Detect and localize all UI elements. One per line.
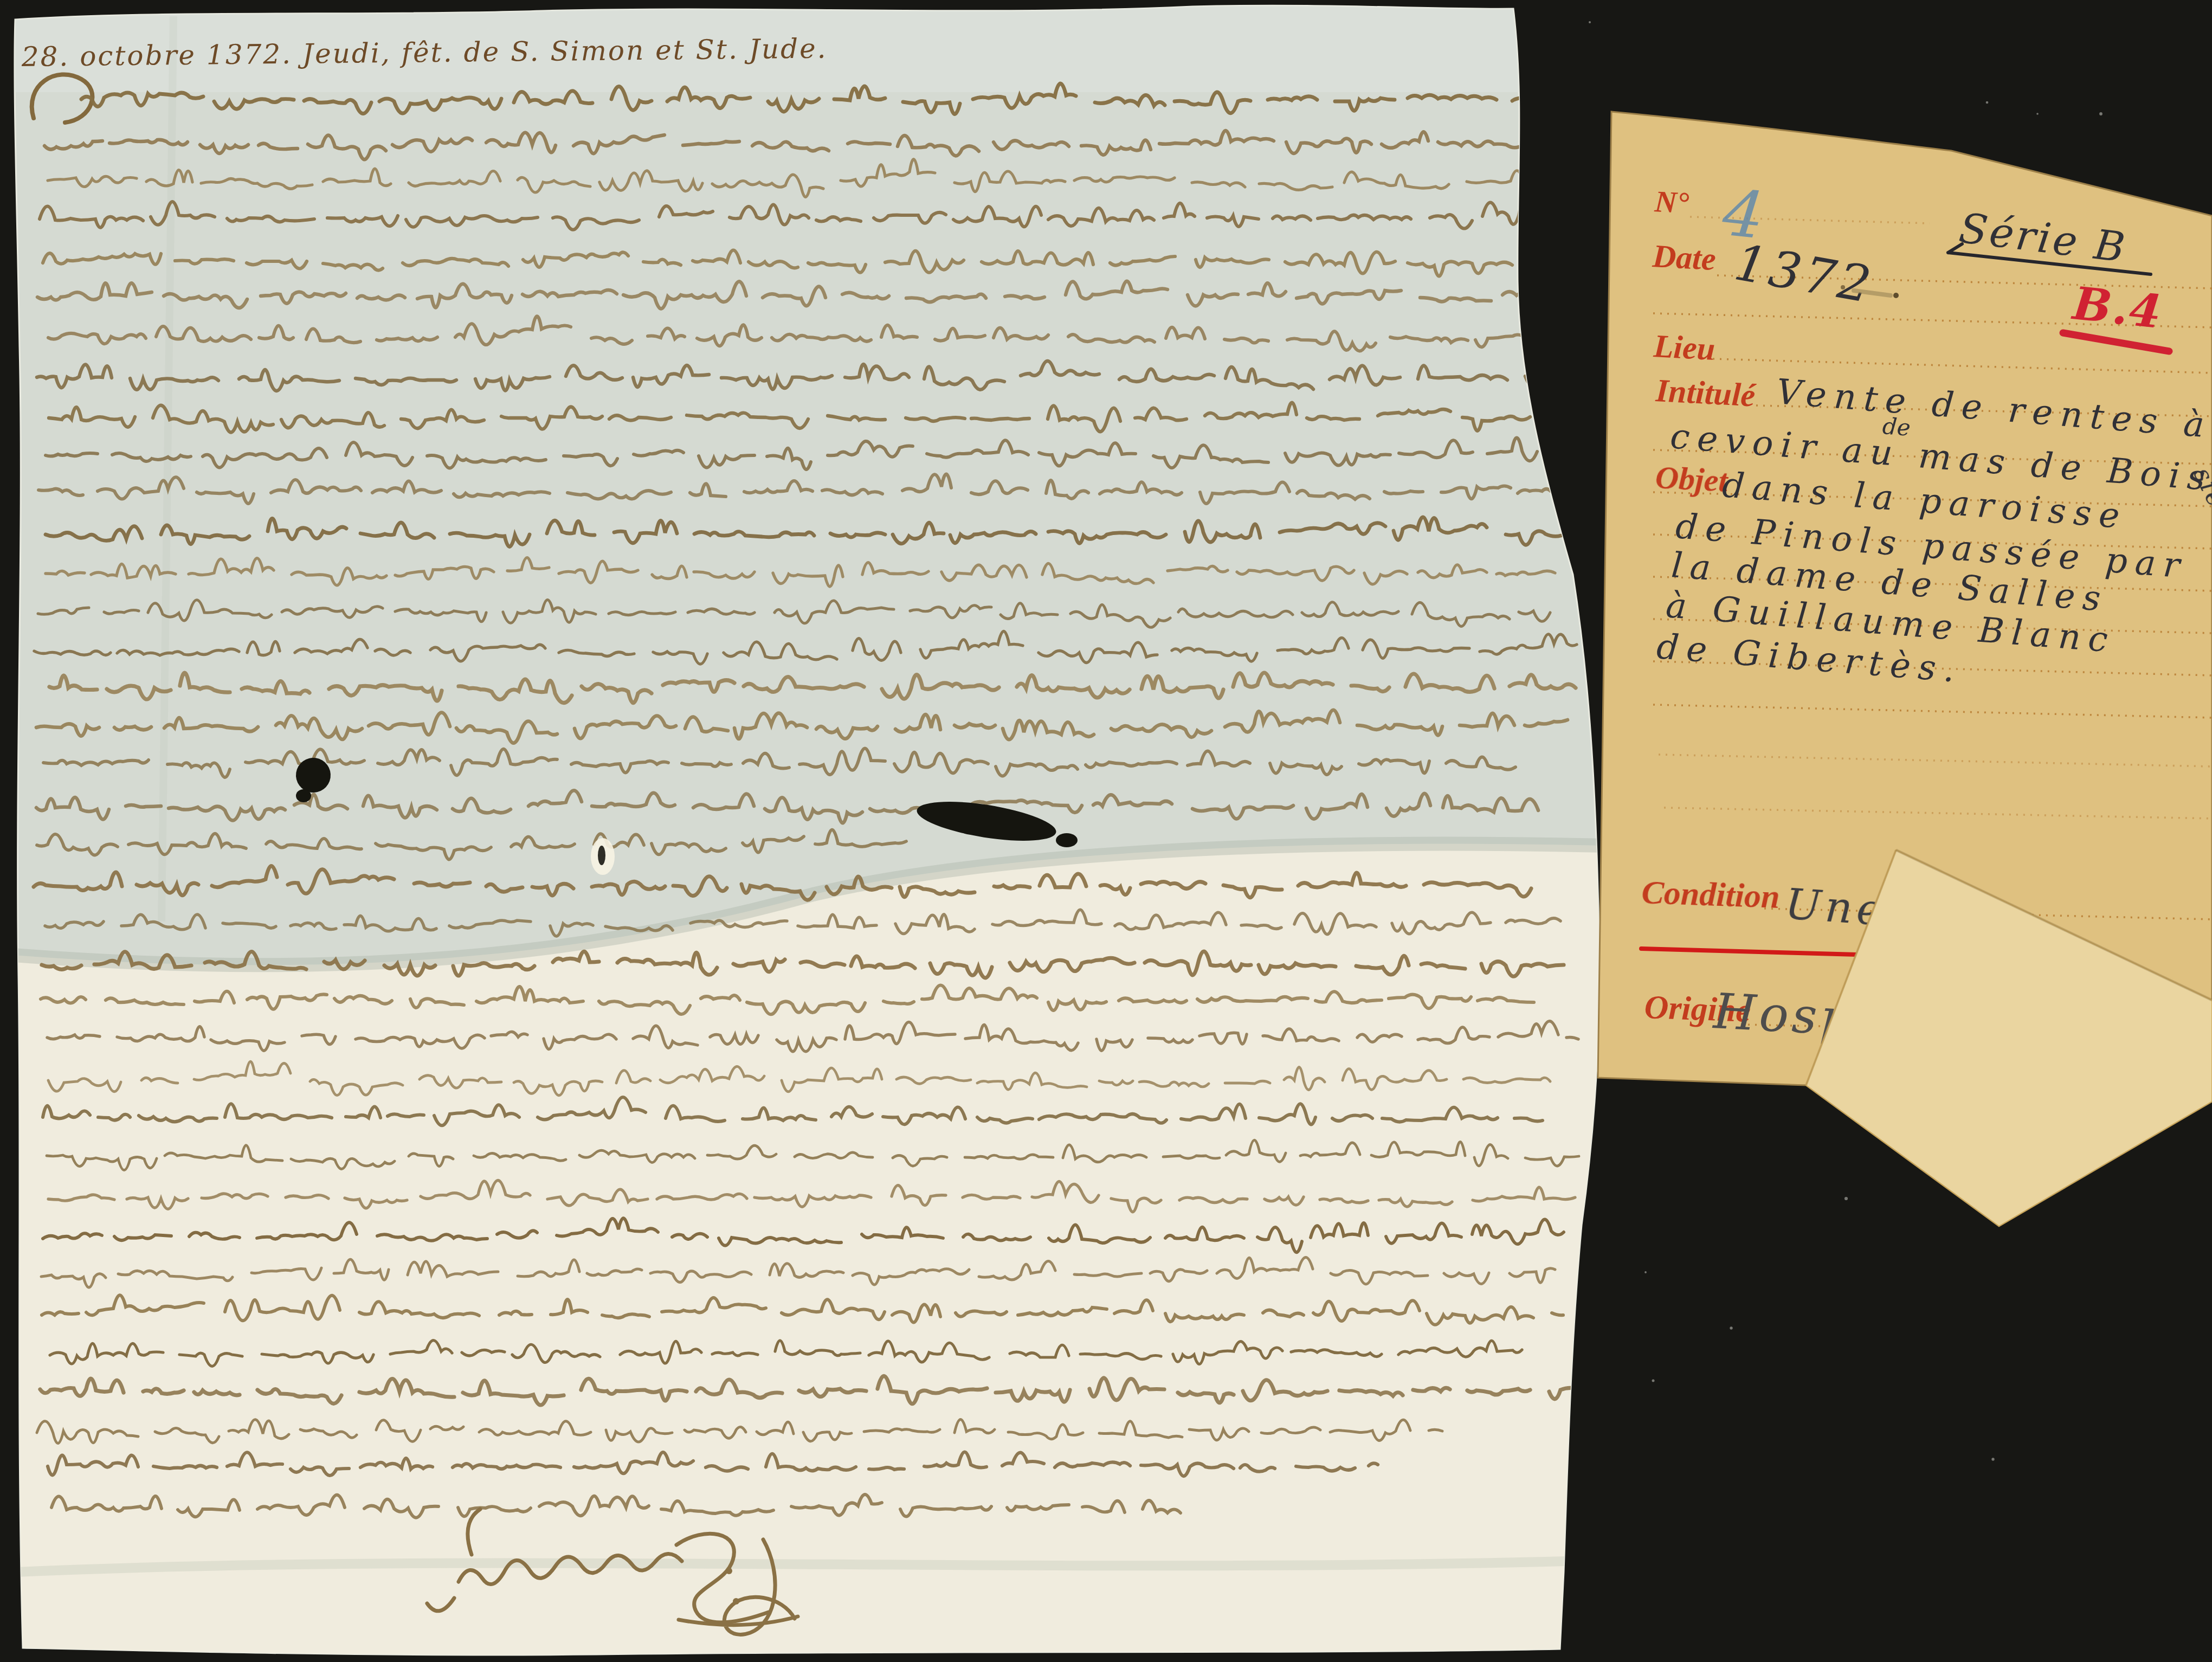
tear-slit: [598, 846, 605, 865]
dust-speck: [1652, 1380, 1655, 1382]
label-numero: N°: [1653, 185, 1690, 220]
dust-speck: [2099, 112, 2103, 115]
dust-speck: [1730, 1326, 1732, 1329]
dust-speck: [2036, 113, 2039, 115]
entry-insert-word: de: [1881, 413, 1911, 441]
signature-dot: [733, 1598, 739, 1605]
hole-right-blob: [1056, 833, 1078, 847]
index-card: N° Date Lieu Intitulé Objet Condition Or…: [1598, 112, 2212, 1226]
label-condition: Condition: [1641, 874, 1781, 916]
parchment-sheet: [0, 0, 1604, 1662]
label-lieu: Lieu: [1652, 328, 1716, 367]
label-intitule: Intitulé: [1654, 372, 1757, 414]
dust-speck: [1986, 101, 1989, 104]
pinhole-small: [1841, 285, 1845, 289]
label-date: Date: [1651, 238, 1717, 277]
archival-scan: 28. octobre 1372. Jeudi, fêt. de S. Simo…: [0, 0, 2212, 1662]
hole-left-notch: [296, 789, 311, 802]
dust-speck: [1589, 21, 1591, 23]
dust-speck: [1845, 1197, 1848, 1200]
dust-speck: [1645, 1271, 1647, 1273]
document-scan-photo: 28. octobre 1372. Jeudi, fêt. de S. Simo…: [0, 0, 2212, 1662]
pinhole: [1893, 293, 1899, 298]
label-objet: Objet: [1654, 459, 1730, 499]
signature-dot: [726, 1568, 732, 1574]
dust-speck: [1991, 1458, 1994, 1460]
entry-cote: B.4: [2069, 276, 2165, 339]
